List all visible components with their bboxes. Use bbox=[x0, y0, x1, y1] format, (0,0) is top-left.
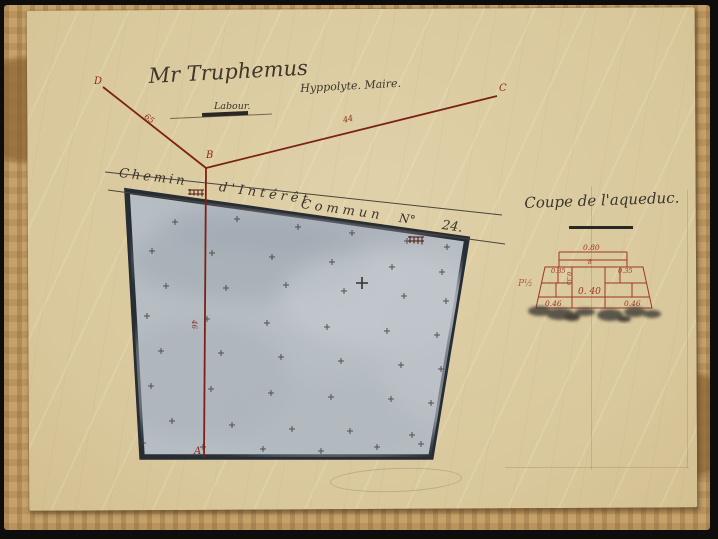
dim-channel-width: 0. 40 bbox=[578, 287, 601, 297]
dim-channel-height: 0.35 bbox=[565, 272, 572, 285]
dim-footing-right: 0.46 bbox=[624, 299, 641, 308]
point-label-c: C bbox=[499, 83, 507, 94]
distance-b-a: 46 bbox=[190, 320, 198, 329]
dim-footing-left: 0.46 bbox=[545, 299, 562, 308]
dim-top-width: 0.80 bbox=[583, 243, 600, 252]
margin-note: P½ bbox=[518, 279, 533, 289]
road-number-sign: N° bbox=[398, 211, 416, 227]
dim-top-thickness: 8 bbox=[588, 259, 592, 266]
point-label-a: A bbox=[194, 446, 201, 457]
road-number: 24. bbox=[441, 218, 464, 236]
dim-right-block: 0.35 bbox=[618, 267, 632, 275]
dim-left-block: 0.35 bbox=[551, 267, 565, 275]
scanned-cadastral-plan: Mr Truphemus Hyppolyte. Maire. Labour. C… bbox=[0, 0, 718, 539]
parcel-polygon bbox=[110, 191, 490, 460]
point-label-d: D bbox=[94, 76, 102, 87]
point-label-b: B bbox=[206, 150, 213, 161]
section-title-underline bbox=[569, 226, 633, 229]
